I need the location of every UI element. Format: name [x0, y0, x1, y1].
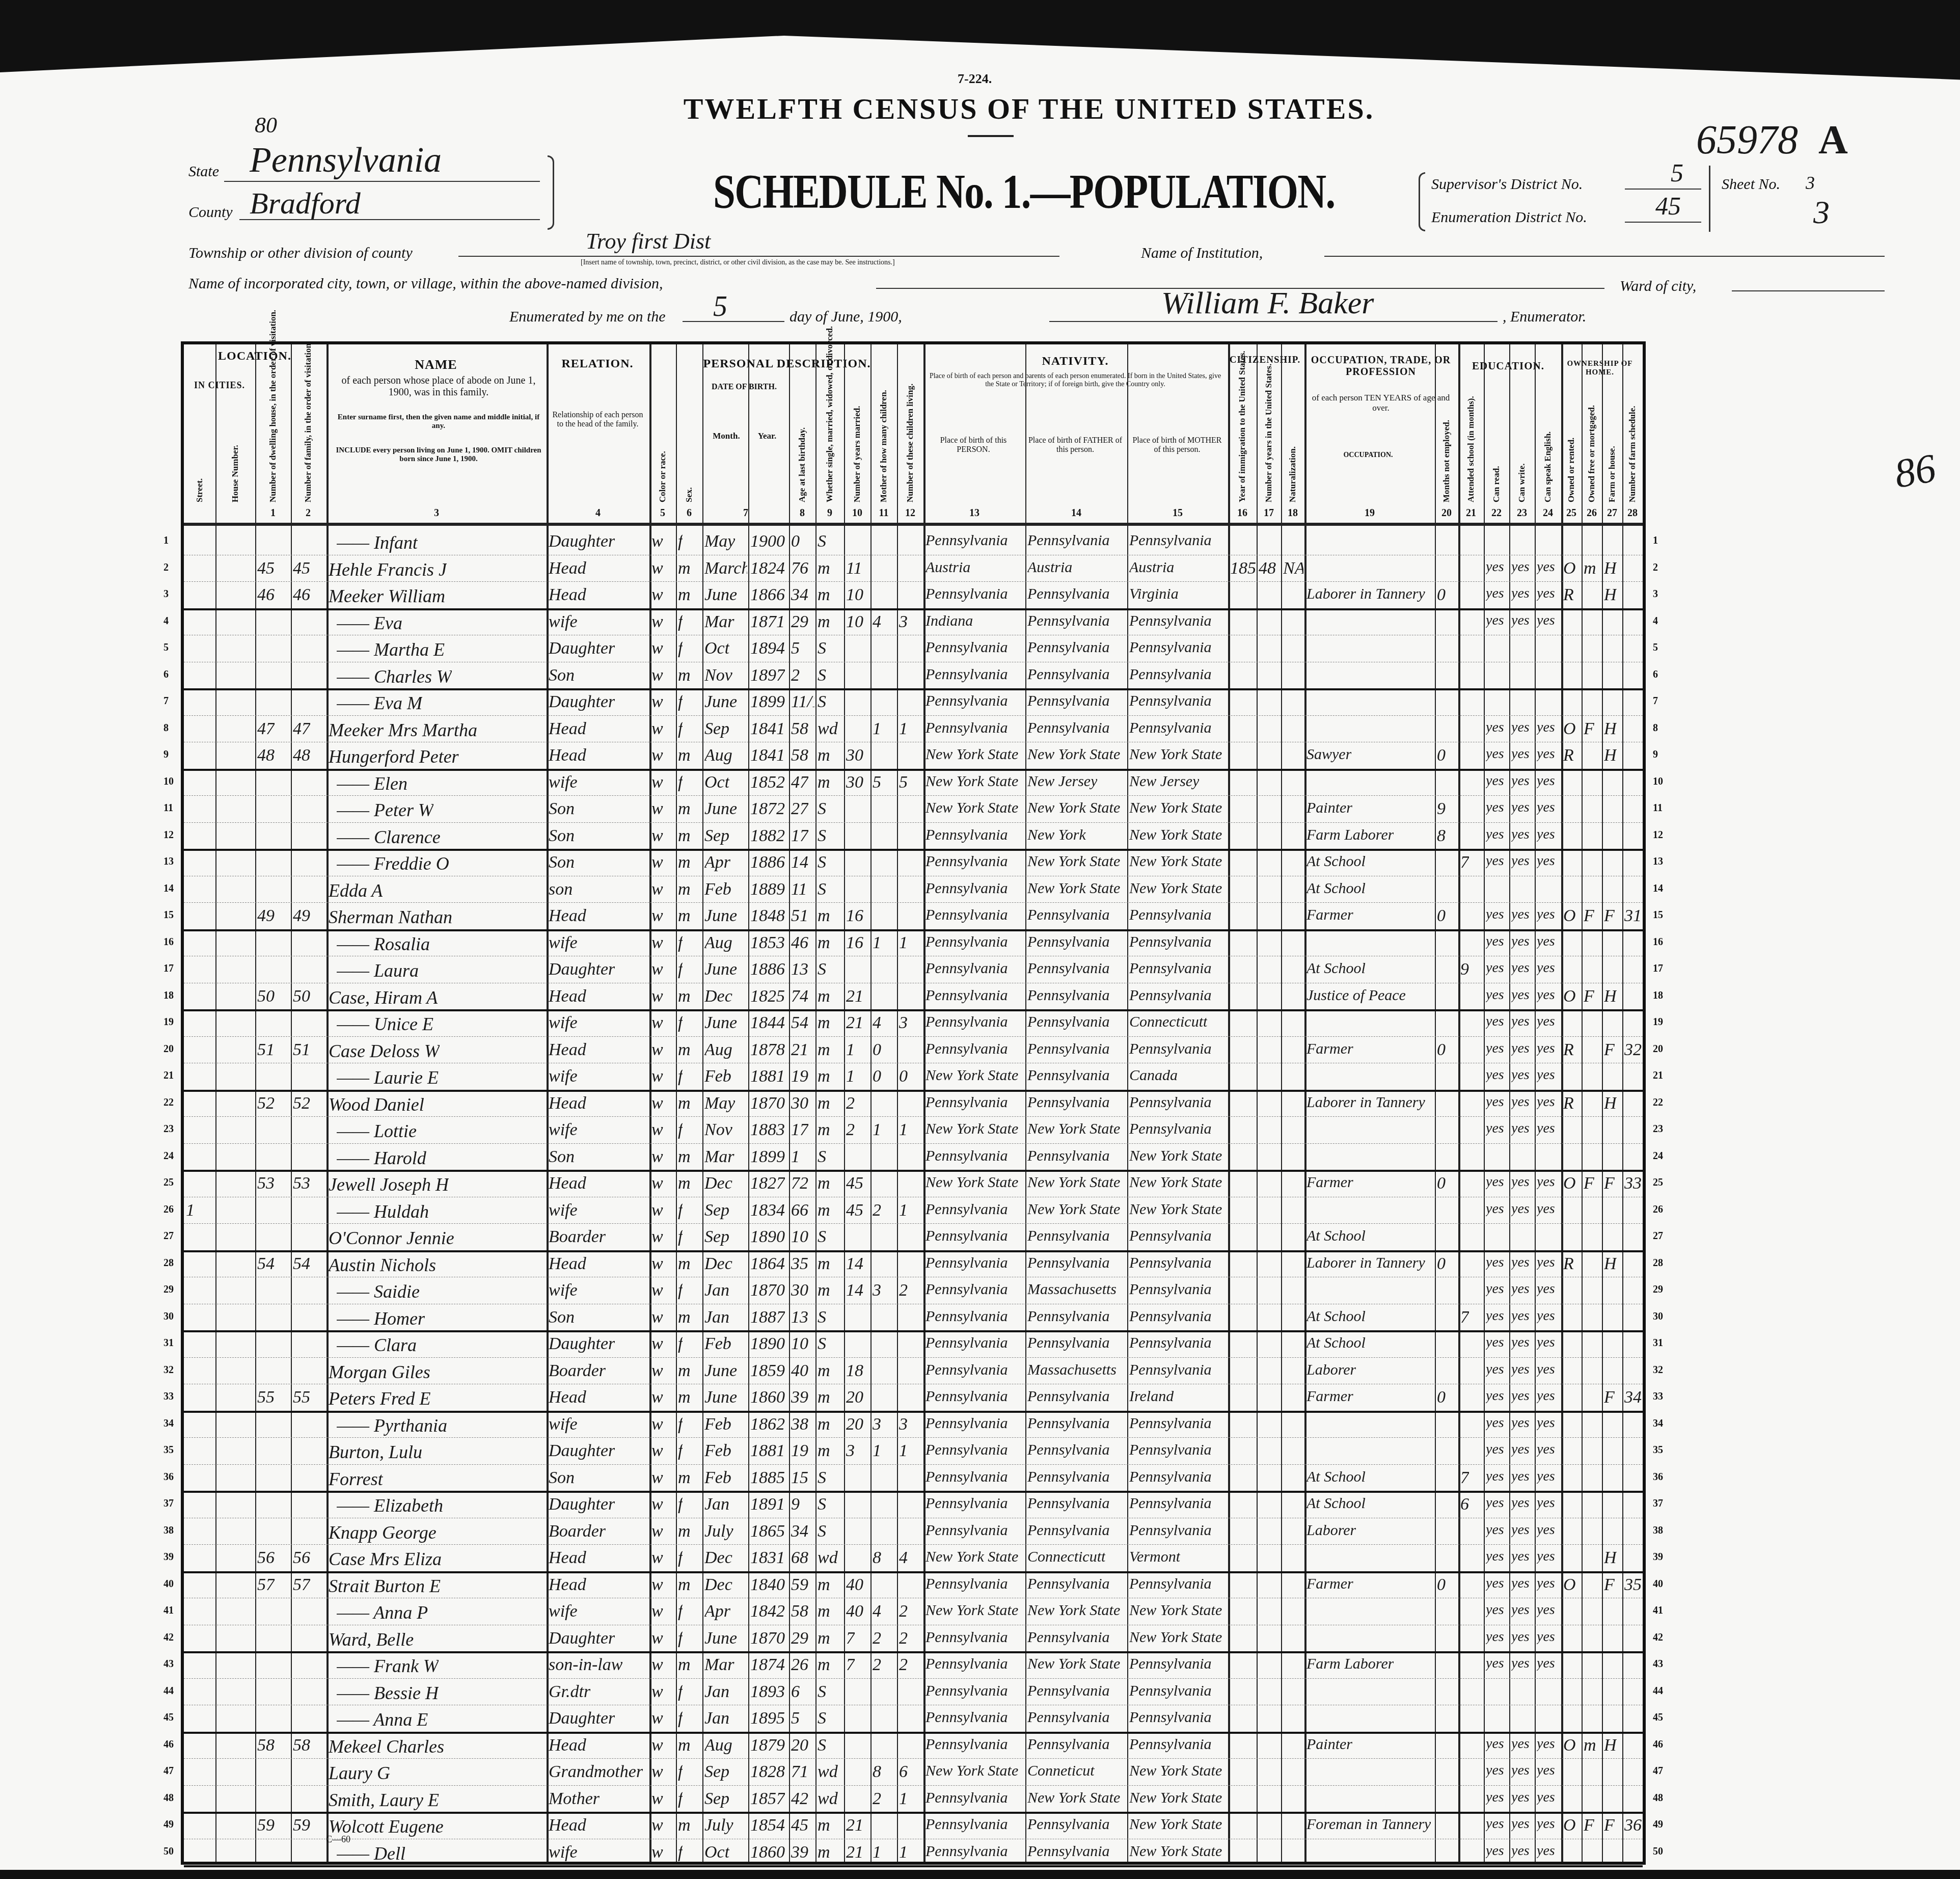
cell-occ: Farmer: [1306, 1388, 1353, 1405]
line-number: 43: [1653, 1658, 1663, 1670]
cell-color: w: [651, 692, 663, 712]
title-ornament: [968, 135, 1014, 137]
cell-pobm: New York State: [1129, 880, 1222, 897]
cell-month: Mar: [704, 1655, 734, 1675]
cell-wr: yes: [1511, 1843, 1530, 1859]
table-row: —— Anna PwifewfApr184258m4042New York St…: [184, 1598, 1643, 1625]
cell-pobf: Pennsylvania: [1027, 1441, 1110, 1459]
cell-cl: 2: [899, 1655, 908, 1675]
line-number-left: 32: [164, 1364, 174, 1376]
cell-age: 76: [791, 559, 808, 578]
cell-street: 1: [186, 1201, 195, 1220]
column-number: 23: [1509, 507, 1535, 519]
supervisor-field[interactable]: 5: [1671, 158, 1683, 187]
cell-rd: yes: [1486, 1495, 1504, 1511]
line-number-left: 18: [164, 990, 174, 1002]
cell-sex: f: [678, 1201, 683, 1220]
cell-cl: 0: [899, 1067, 908, 1086]
cell-rd: yes: [1486, 1629, 1504, 1645]
cell-pobf: Pennsylvania: [1027, 1227, 1110, 1245]
cell-en: yes: [1537, 1067, 1555, 1083]
cell-marital: m: [818, 773, 830, 792]
column-number: 7: [702, 507, 789, 519]
cell-occ: Farm Laborer: [1306, 826, 1394, 844]
cell-own: O: [1563, 987, 1576, 1006]
cell-family: 58: [293, 1736, 310, 1755]
column-number: 3: [326, 507, 547, 519]
cell-pobf: Pennsylvania: [1027, 1013, 1110, 1031]
cell-color: w: [651, 1067, 663, 1086]
cell-pob: New York State: [925, 799, 1018, 817]
cell-family: 53: [293, 1174, 310, 1193]
cell-ym: 2: [846, 1094, 855, 1113]
cell-en: yes: [1537, 826, 1555, 843]
cell-pob: Pennsylvania: [925, 639, 1008, 656]
cell-rd: yes: [1486, 1334, 1504, 1351]
enumerator-name-field[interactable]: William F. Baker: [1161, 285, 1374, 321]
cell-year: 1872: [750, 799, 785, 819]
cell-color: w: [651, 1682, 663, 1702]
cell-name: —— Bessie H: [337, 1682, 439, 1704]
pob-father-header: Place of birth of FATHER of this person.: [1027, 436, 1124, 455]
enumerator-suffix: , Enumerator.: [1503, 308, 1586, 326]
cell-color: w: [651, 826, 663, 846]
cell-color: w: [651, 1602, 663, 1621]
sheet-value: 3: [1806, 172, 1815, 194]
cell-marital: m: [818, 1388, 830, 1407]
cell-fh: F: [1604, 1575, 1615, 1595]
cell-pob: Pennsylvania: [925, 1495, 1008, 1512]
line-number-left: 16: [164, 936, 174, 948]
cell-pobm: New York State: [1129, 1174, 1222, 1191]
cell-age: 68: [791, 1548, 808, 1568]
line-number-left: 27: [164, 1230, 174, 1242]
cell-name: Knapp George: [329, 1522, 437, 1543]
cell-sex: m: [678, 987, 691, 1006]
cell-cl: 1: [899, 933, 908, 953]
cell-family: 52: [293, 1094, 310, 1113]
cell-ym: 14: [846, 1254, 863, 1274]
township-field[interactable]: Troy first Dist: [586, 228, 711, 254]
name-instr2: INCLUDE every person living on June 1, 1…: [332, 446, 546, 464]
cell-en: yes: [1537, 1361, 1555, 1378]
cell-month: Sep: [704, 1227, 729, 1247]
cell-en: yes: [1537, 1094, 1555, 1110]
cell-pob: Pennsylvania: [925, 1415, 1008, 1432]
line-number: 35: [1653, 1444, 1663, 1456]
cell-own: R: [1563, 1040, 1574, 1060]
sheet-value-handwritten[interactable]: 3: [1813, 194, 1830, 231]
cell-month: Jan: [704, 1495, 729, 1514]
cell-en: yes: [1537, 719, 1555, 736]
cell-moc: 0: [873, 1067, 881, 1086]
cell-pobf: Pennsylvania: [1027, 1682, 1110, 1700]
cell-age: 10: [791, 1227, 808, 1247]
year-header: Year.: [747, 431, 787, 441]
cell-wr: yes: [1511, 1415, 1530, 1431]
cell-pobm: Pennsylvania: [1129, 1709, 1212, 1726]
cell-free: m: [1584, 1736, 1596, 1755]
cell-pob: New York State: [925, 773, 1018, 790]
cell-relation: Son: [549, 853, 575, 872]
cell-own: R: [1563, 1254, 1574, 1274]
cell-ym: 45: [846, 1174, 863, 1193]
cell-pobf: Pennsylvania: [1027, 639, 1110, 656]
table-row: Knapp GeorgeBoarderwmJuly186534SPennsylv…: [184, 1518, 1643, 1545]
cell-relation: Head: [549, 906, 586, 926]
cell-year: 1899: [750, 1147, 785, 1167]
cell-en: yes: [1537, 585, 1555, 602]
cell-pobm: New York State: [1129, 1147, 1222, 1165]
table-row: —— Unice EwifewfJune184454m2143Pennsylva…: [184, 1009, 1643, 1037]
cell-marital: S: [818, 880, 826, 899]
cell-age: 29: [791, 1629, 808, 1648]
line-number-left: 1: [164, 535, 169, 547]
cell-sex: f: [678, 1843, 683, 1862]
cell-pobf: Pennsylvania: [1027, 1468, 1110, 1486]
cell-fh: H: [1604, 559, 1617, 578]
cell-sex: m: [678, 1736, 691, 1755]
cell-mu: 0: [1437, 1174, 1446, 1193]
cell-moc: 1: [873, 719, 881, 739]
cell-wr: yes: [1511, 746, 1530, 762]
cell-rd: yes: [1486, 1040, 1504, 1057]
cell-relation: Head: [549, 1736, 586, 1755]
cell-free: F: [1584, 719, 1594, 739]
margin-note: 86: [1891, 445, 1940, 498]
cell-pobf: Pennsylvania: [1027, 1040, 1110, 1058]
line-number-left: 7: [164, 695, 169, 707]
cell-pobf: Pennsylvania: [1027, 1575, 1110, 1593]
cell-en: yes: [1537, 612, 1555, 629]
cell-mu: 9: [1437, 799, 1446, 819]
cell-wr: yes: [1511, 1334, 1530, 1351]
cell-pobm: Pennsylvania: [1129, 1308, 1212, 1325]
cell-name: —— Clarence: [337, 826, 441, 848]
cell-wr: yes: [1511, 1789, 1530, 1806]
occupation-sub: OCCUPATION.: [1304, 451, 1432, 460]
enumerated-day-field[interactable]: 5: [713, 290, 727, 323]
cell-name: —— Harold: [337, 1147, 426, 1169]
cell-occ: Farmer: [1306, 1174, 1353, 1191]
cell-name: Meeker William: [329, 585, 445, 607]
cell-name: Peters Fred E: [329, 1388, 431, 1409]
cell-moc: 8: [873, 1548, 881, 1568]
cell-month: Dec: [704, 1174, 732, 1193]
cell-pob: Pennsylvania: [925, 826, 1008, 844]
cell-wr: yes: [1511, 1468, 1530, 1485]
sheet-label: Sheet No.: [1722, 176, 1780, 193]
state-label: State: [188, 163, 219, 180]
cell-marital: m: [818, 1843, 830, 1862]
cell-wr: yes: [1511, 1655, 1530, 1672]
cell-age: 15: [791, 1468, 808, 1488]
column-number: 24: [1535, 507, 1561, 519]
cell-color: w: [651, 1361, 663, 1381]
cell-age: 45: [791, 1816, 808, 1835]
cell-ym: 18: [846, 1361, 863, 1381]
cell-name: —— Laurie E: [337, 1067, 439, 1088]
cell-relation: Daughter: [549, 960, 615, 979]
column-number: 11: [870, 507, 897, 519]
cell-occ: Sawyer: [1306, 746, 1351, 763]
cell-cl: 6: [899, 1762, 908, 1782]
cell-age: 35: [791, 1254, 808, 1274]
cell-pob: Pennsylvania: [925, 1441, 1008, 1459]
cell-month: Aug: [704, 1736, 732, 1755]
cell-age: 9: [791, 1495, 800, 1514]
line-number: 20: [1653, 1043, 1663, 1055]
cell-month: Dec: [704, 987, 732, 1006]
cell-sex: m: [678, 1147, 691, 1167]
cell-fh: H: [1604, 1548, 1617, 1568]
group-nativity: NATIVITY.: [922, 355, 1228, 368]
cell-age: 6: [791, 1682, 800, 1702]
cell-en: yes: [1537, 1495, 1555, 1511]
cell-age: 71: [791, 1762, 808, 1782]
line-number: 41: [1653, 1605, 1663, 1617]
cell-pob: Pennsylvania: [925, 987, 1008, 1004]
cell-dwelling: 48: [257, 746, 275, 765]
cell-pobm: Pennsylvania: [1129, 1495, 1212, 1512]
cell-age: 5: [791, 639, 800, 658]
cell-free: m: [1584, 559, 1596, 578]
group-education: EDUCATION.: [1457, 360, 1559, 372]
line-number-left: 20: [164, 1043, 174, 1055]
cell-relation: son: [549, 880, 573, 899]
table-row: —— RosaliawifewfAug185346m1611Pennsylvan…: [184, 929, 1643, 957]
column-number: 14: [1025, 507, 1127, 519]
cell-relation: Grandmother: [549, 1762, 643, 1782]
institution-field[interactable]: [1324, 256, 1885, 257]
cell-pobf: Pennsylvania: [1027, 1067, 1110, 1084]
cell-year: 1860: [750, 1843, 785, 1862]
cell-wr: yes: [1511, 1040, 1530, 1057]
cell-year: 1894: [750, 639, 785, 658]
cell-wr: yes: [1511, 1522, 1530, 1538]
cell-name: —— Charles W: [337, 666, 452, 687]
cell-en: yes: [1537, 906, 1555, 923]
ward-field[interactable]: [1732, 290, 1885, 291]
pob-mother-header: Place of birth of MOTHER of this person.: [1129, 436, 1226, 455]
table-row: 5151Case Deloss WHeadwmAug187821m10Penns…: [184, 1036, 1643, 1064]
cell-pobm: New Jersey: [1129, 773, 1199, 790]
cell-en: yes: [1537, 1762, 1555, 1779]
cell-color: w: [651, 639, 663, 658]
cell-year: 1827: [750, 1174, 785, 1193]
cell-mu: 0: [1437, 1388, 1446, 1407]
cell-pob: New York State: [925, 1174, 1018, 1191]
cell-relation: Son: [549, 1468, 575, 1488]
cell-en: yes: [1537, 1843, 1555, 1859]
cell-moc: 4: [873, 1013, 881, 1033]
cell-pobf: Pennsylvania: [1027, 1629, 1110, 1646]
table-row: —— LauraDaughterwfJune188613SPennsylvani…: [184, 956, 1643, 983]
cell-sch: 9: [1460, 960, 1469, 979]
column-header-owned: Owned or rented.: [1566, 400, 1576, 502]
cell-en: yes: [1537, 746, 1555, 762]
table-row: ForrestSonwmFeb188515SPennsylvaniaPennsy…: [184, 1464, 1643, 1493]
name-desc: of each person whose place of abode on J…: [337, 375, 540, 398]
column-header-years-married: Number of years married.: [852, 400, 862, 502]
cell-wr: yes: [1511, 612, 1530, 629]
cell-ym: 1: [846, 1040, 855, 1060]
cell-color: w: [651, 960, 663, 979]
cell-year: 1890: [750, 1227, 785, 1247]
line-number: 13: [1653, 856, 1663, 868]
line-number: 14: [1653, 883, 1663, 895]
cell-pobm: Pennsylvania: [1129, 933, 1212, 951]
table-row: Laury GGrandmotherwfSep182871wd86New Yor…: [184, 1758, 1643, 1786]
cell-marital: m: [818, 1415, 830, 1434]
cell-age: 26: [791, 1655, 808, 1675]
cell-month: Sep: [704, 826, 729, 846]
cell-pobm: New York State: [1129, 826, 1222, 844]
line-number-left: 21: [164, 1070, 174, 1082]
line-number: 7: [1653, 695, 1658, 707]
cell-sex: m: [678, 1174, 691, 1193]
cell-wr: yes: [1511, 826, 1530, 843]
cell-age: 2: [791, 666, 800, 685]
cell-moc: 1: [873, 1843, 881, 1862]
cell-marital: m: [818, 1174, 830, 1193]
table-row: —— EvawifewfMar187129m1043IndianaPennsyl…: [184, 608, 1643, 636]
state-field[interactable]: Pennsylvania: [250, 140, 442, 181]
cell-rd: yes: [1486, 1548, 1504, 1565]
line-number-left: 31: [164, 1337, 174, 1349]
cell-fh: F: [1604, 1388, 1615, 1407]
cell-color: w: [651, 585, 663, 605]
group-relation: RELATION.: [547, 357, 648, 371]
line-number: 45: [1653, 1712, 1663, 1724]
cell-rd: yes: [1486, 960, 1504, 976]
cell-dwelling: 55: [257, 1388, 275, 1407]
cell-wr: yes: [1511, 1441, 1530, 1458]
cell-family: 56: [293, 1548, 310, 1568]
table-row: —— PyrthaniawifewfFeb186238m2033Pennsylv…: [184, 1411, 1643, 1438]
cell-en: yes: [1537, 1254, 1555, 1271]
cell-pob: Pennsylvania: [925, 853, 1008, 870]
column-header-street: Street.: [195, 400, 205, 502]
cell-pobf: New York State: [1027, 1602, 1120, 1619]
cell-pob: Pennsylvania: [925, 1308, 1008, 1325]
cell-ym: 7: [846, 1629, 855, 1648]
schedule-title: SCHEDULE No. 1.—POPULATION.: [713, 163, 1335, 220]
cell-ym: 14: [846, 1281, 863, 1300]
table-row: —— Martha EDaughterwfOct18945SPennsylvan…: [184, 635, 1643, 662]
column-number: 6: [676, 507, 702, 519]
cell-relation: Head: [549, 719, 586, 739]
cell-en: yes: [1537, 1736, 1555, 1752]
line-number-left: 37: [164, 1498, 174, 1510]
line-number: 5: [1653, 642, 1658, 654]
cell-nat: NA: [1283, 559, 1303, 578]
cell-age: 59: [791, 1575, 808, 1595]
county-field[interactable]: Bradford: [250, 186, 361, 221]
cell-own: O: [1563, 1174, 1576, 1193]
cell-cl: 1: [899, 1120, 908, 1140]
cell-sex: m: [678, 1254, 691, 1274]
cell-sex: f: [678, 1441, 683, 1461]
cell-sex: f: [678, 692, 683, 712]
cell-pob: New York State: [925, 1067, 1018, 1084]
cell-rd: yes: [1486, 1602, 1504, 1618]
cell-cl: 1: [899, 1843, 908, 1862]
cell-pobf: New York State: [1027, 1174, 1120, 1191]
cell-marital: m: [818, 1602, 830, 1621]
cell-pobm: Pennsylvania: [1129, 1682, 1212, 1700]
township-note: [Insert name of township, town, precinct…: [581, 259, 895, 267]
cell-color: w: [651, 987, 663, 1006]
cell-sex: f: [678, 1682, 683, 1702]
cell-month: Mar: [704, 1147, 734, 1167]
cell-pobm: Pennsylvania: [1129, 1334, 1212, 1352]
cell-cl: 1: [899, 1789, 908, 1809]
group-in-cities: IN CITIES.: [184, 380, 255, 391]
cell-own: O: [1563, 1575, 1576, 1595]
line-number-left: 30: [164, 1311, 174, 1323]
cell-marital: S: [818, 1682, 826, 1702]
cell-relation: wife: [549, 773, 578, 792]
line-number: 18: [1653, 990, 1663, 1002]
cell-wr: yes: [1511, 585, 1530, 602]
cell-rd: yes: [1486, 933, 1504, 950]
cell-pobf: Pennsylvania: [1027, 1495, 1110, 1512]
cell-dwelling: 53: [257, 1174, 275, 1193]
cell-pobm: Pennsylvania: [1129, 1040, 1212, 1058]
cell-pobf: Pennsylvania: [1027, 1308, 1110, 1325]
cell-month: Sep: [704, 1789, 729, 1809]
cell-sex: m: [678, 1816, 691, 1835]
cell-pob: Pennsylvania: [925, 1709, 1008, 1726]
column-number: 4: [547, 507, 649, 519]
cell-sex: f: [678, 1629, 683, 1648]
line-number: 49: [1653, 1819, 1663, 1831]
group-occupation: OCCUPATION, TRADE, OR PROFESSION: [1304, 355, 1457, 378]
cell-year: 1864: [750, 1254, 785, 1274]
cell-month: Apr: [704, 1602, 730, 1621]
column-number: 22: [1484, 507, 1509, 519]
cell-cl: 5: [899, 773, 908, 792]
cell-rd: yes: [1486, 1281, 1504, 1297]
cell-sch: 7: [1460, 1468, 1469, 1488]
cell-en: yes: [1537, 1789, 1555, 1806]
cell-wr: yes: [1511, 1067, 1530, 1083]
cell-family: 45: [293, 559, 310, 578]
cell-en: yes: [1537, 1201, 1555, 1217]
cell-family: 48: [293, 746, 310, 765]
census-sheet: 7-224. TWELFTH CENSUS OF THE UNITED STAT…: [0, 36, 1960, 1870]
column-header-family: Number of family, in the order of visita…: [303, 400, 313, 502]
cell-family: 54: [293, 1254, 310, 1274]
cell-relation: Head: [549, 746, 586, 765]
cell-color: w: [651, 1655, 663, 1675]
cell-pob: New York State: [925, 746, 1018, 763]
cell-sex: m: [678, 906, 691, 926]
cell-year: 1887: [750, 1308, 785, 1327]
cell-marital: wd: [818, 1762, 838, 1782]
column-number: 27: [1602, 507, 1622, 519]
cell-pobf: New York State: [1027, 799, 1120, 817]
cell-pob: New York State: [925, 1762, 1018, 1780]
line-number: 11: [1653, 802, 1663, 814]
cell-wr: yes: [1511, 933, 1530, 950]
enumeration-field[interactable]: 45: [1655, 191, 1681, 221]
cell-relation: wife: [549, 1120, 578, 1140]
line-number-left: 9: [164, 749, 169, 761]
cell-moc: 1: [873, 1441, 881, 1461]
cell-color: w: [651, 559, 663, 578]
